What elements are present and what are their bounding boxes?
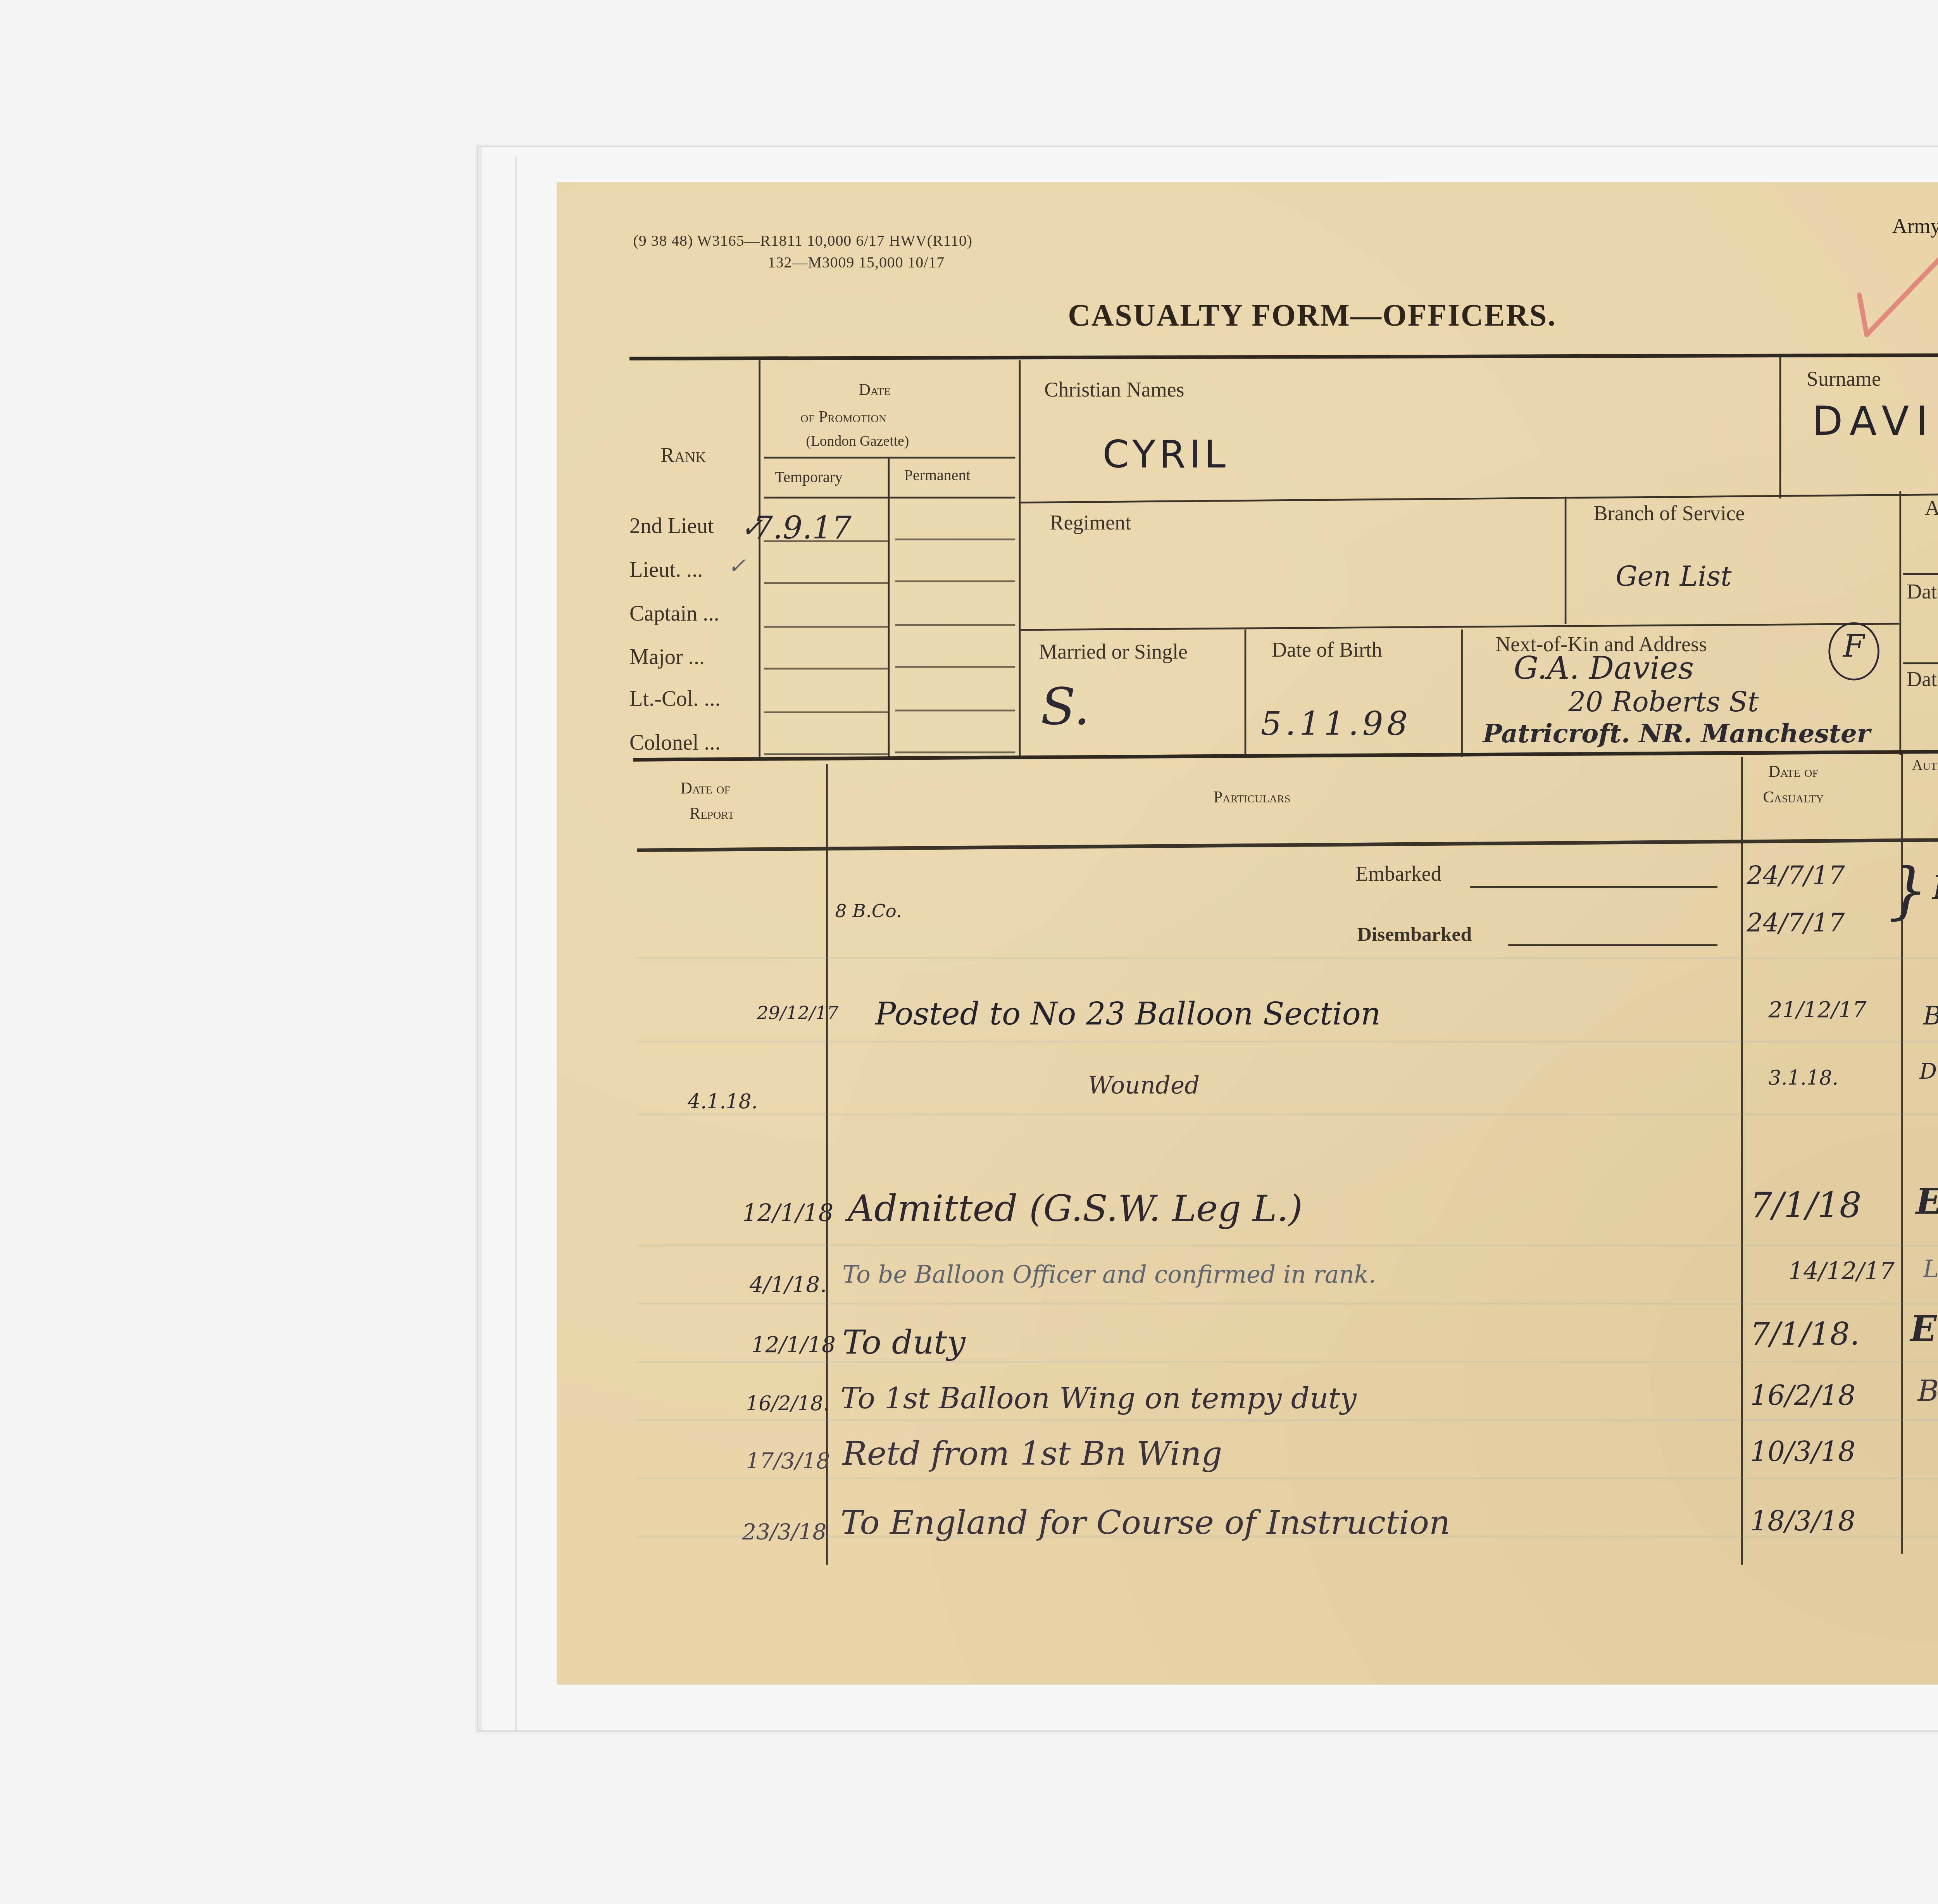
row-casualty-date: 3.1.18. bbox=[1768, 1066, 1838, 1090]
embark-unit-note: 8 B.Co. bbox=[835, 902, 902, 923]
embarked-date: 24/7/17 bbox=[1747, 862, 1845, 892]
row-casualty-date: 21/12/17 bbox=[1768, 997, 1866, 1023]
married-or-single-value: S. bbox=[1041, 677, 1090, 737]
embarked-label: Embarked bbox=[1355, 864, 1441, 886]
surname-value: DAVIES bbox=[1812, 400, 1938, 446]
date-leaving-rfc-label: Date of leaving R.F.C. bbox=[1907, 669, 1938, 691]
row-report-date: 23/3/18 bbox=[742, 1519, 826, 1545]
row-authority: E.D.6196. 107 F.A. bbox=[1910, 1310, 1938, 1350]
header-authority-1: Authority and from bbox=[1912, 757, 1938, 773]
rank-row-captain: Captain ... bbox=[629, 600, 719, 628]
branch-of-service-value: Gen List bbox=[1616, 561, 1731, 593]
row-report-date: 12/1/18 bbox=[752, 1332, 836, 1357]
row-casualty-date: 18/3/18 bbox=[1750, 1505, 1855, 1537]
disembarked-date: 24/7/17 bbox=[1747, 910, 1845, 939]
army-form-number: Army Form B.103c. bbox=[1892, 217, 1938, 238]
row-authority: Dumm 1219. G.O.C.R.F.C. bbox=[1919, 1059, 1938, 1085]
regiment-label: Regiment bbox=[1050, 513, 1131, 535]
next-of-kin-town: Patricroft. NR. Manchester bbox=[1483, 721, 1871, 750]
disembarked-label: Disembarked bbox=[1357, 924, 1472, 946]
row-report-date: 16/2/18. bbox=[746, 1392, 829, 1416]
christian-names-label: Christian Names bbox=[1044, 380, 1184, 402]
print-code-line-1: (9 38 48) W3165—R1811 10,000 6/17 HWV(R1… bbox=[633, 231, 972, 251]
row-particulars: To 1st Balloon Wing on tempy duty bbox=[841, 1381, 1357, 1416]
rank-2nd-lieut-check-icon: ✓ bbox=[740, 511, 763, 544]
date-of-birth-label: Date of Birth bbox=[1272, 640, 1382, 662]
header-report: Report bbox=[690, 804, 735, 823]
embark-authority: L.R. 2 B.W.g. bbox=[1932, 870, 1938, 908]
date-of-birth-value: 5.11.98 bbox=[1261, 706, 1411, 744]
row-particulars: Retd from 1st Bn Wing bbox=[842, 1435, 1222, 1474]
branch-of-service-label: Branch of Service bbox=[1594, 504, 1745, 526]
header-date-of-casualty-1: Date of bbox=[1768, 762, 1818, 781]
permanent-label: Permanent bbox=[904, 466, 971, 484]
row-casualty-date: 7/1/18. bbox=[1750, 1317, 1860, 1354]
print-code-line-2: 132—M3009 15,000 10/17 bbox=[768, 253, 945, 273]
rank-row-lieut: Lieut. ... bbox=[629, 557, 703, 584]
rank-label: Rank bbox=[660, 446, 706, 467]
form-title: CASUALTY FORM—OFFICERS. bbox=[1068, 298, 1556, 335]
married-or-single-label: Married or Single bbox=[1039, 642, 1188, 664]
next-of-kin-street: 20 Roberts St bbox=[1568, 686, 1759, 719]
row-authority: B213 8 B.Co. bbox=[1923, 1002, 1938, 1031]
row-particulars: To duty bbox=[842, 1325, 966, 1363]
row-report-date: 29/12/17 bbox=[757, 1004, 839, 1024]
row-particulars: To England for Course of Instruction bbox=[841, 1505, 1450, 1543]
date-joining-rfc-label: Date of joining R.F.C. bbox=[1907, 582, 1938, 604]
christian-names-value: CYRIL bbox=[1103, 433, 1229, 477]
row-particulars: Posted to No 23 Balloon Section bbox=[875, 997, 1381, 1033]
agent-or-banker-label: Agent or Banker bbox=[1925, 498, 1938, 520]
row-particulars: To be Balloon Officer and confirmed in r… bbox=[842, 1263, 1376, 1290]
header-particulars: Particulars bbox=[1214, 788, 1291, 806]
rank-lieut-check-icon: ✓ bbox=[728, 553, 746, 579]
promotion-header-of-promotion: of Promotion bbox=[800, 407, 886, 426]
header-date-of: Date of bbox=[681, 779, 731, 797]
scan-stage: (9 38 48) W3165—R1811 10,000 6/17 HWV(R1… bbox=[0, 0, 1938, 1903]
rank-row-lt-col: Lt.-Col. ... bbox=[629, 686, 721, 713]
red-check-mark-icon bbox=[1852, 236, 1938, 342]
row-authority: L.G. bbox=[1923, 1257, 1938, 1284]
row-casualty-date: 7/1/18 bbox=[1750, 1186, 1862, 1226]
rank-row-2nd-lieut: 2nd Lieut bbox=[629, 513, 714, 540]
row-casualty-date: 16/2/18 bbox=[1750, 1379, 1855, 1412]
row-report-date: 12/1/18 bbox=[742, 1201, 833, 1228]
rank-row-colonel: Colonel ... bbox=[629, 730, 721, 757]
temporary-label: Temporary bbox=[775, 467, 843, 486]
row-particulars: Wounded bbox=[1088, 1073, 1200, 1100]
promotion-header-date: Date bbox=[859, 380, 891, 398]
next-of-kin-name: G.A. Davies bbox=[1514, 651, 1694, 688]
promotion-header-gazette: (London Gazette) bbox=[806, 433, 909, 449]
rank-row-major: Major ... bbox=[629, 644, 705, 671]
row-authority: B213. 8 B.Co. bbox=[1917, 1374, 1938, 1408]
circled-mark-icon: F bbox=[1828, 622, 1879, 680]
row-report-date: 17/3/18 bbox=[746, 1448, 830, 1474]
row-report-date: 4.1.18. bbox=[688, 1090, 758, 1114]
row-particulars: Admitted (G.S.W. Leg L.) bbox=[848, 1186, 1302, 1230]
surname-label: Surname bbox=[1807, 369, 1881, 391]
embark-brace-icon: } bbox=[1888, 855, 1928, 928]
row-authority: E.D.6196. 107 F.A. bbox=[1916, 1183, 1938, 1223]
header-date-of-casualty-2: Casualty bbox=[1763, 788, 1824, 806]
row-report-date: 4/1/18. bbox=[750, 1272, 827, 1297]
row-casualty-date: 14/12/17 bbox=[1788, 1259, 1895, 1286]
row-casualty-date: 10/3/18 bbox=[1750, 1435, 1855, 1468]
